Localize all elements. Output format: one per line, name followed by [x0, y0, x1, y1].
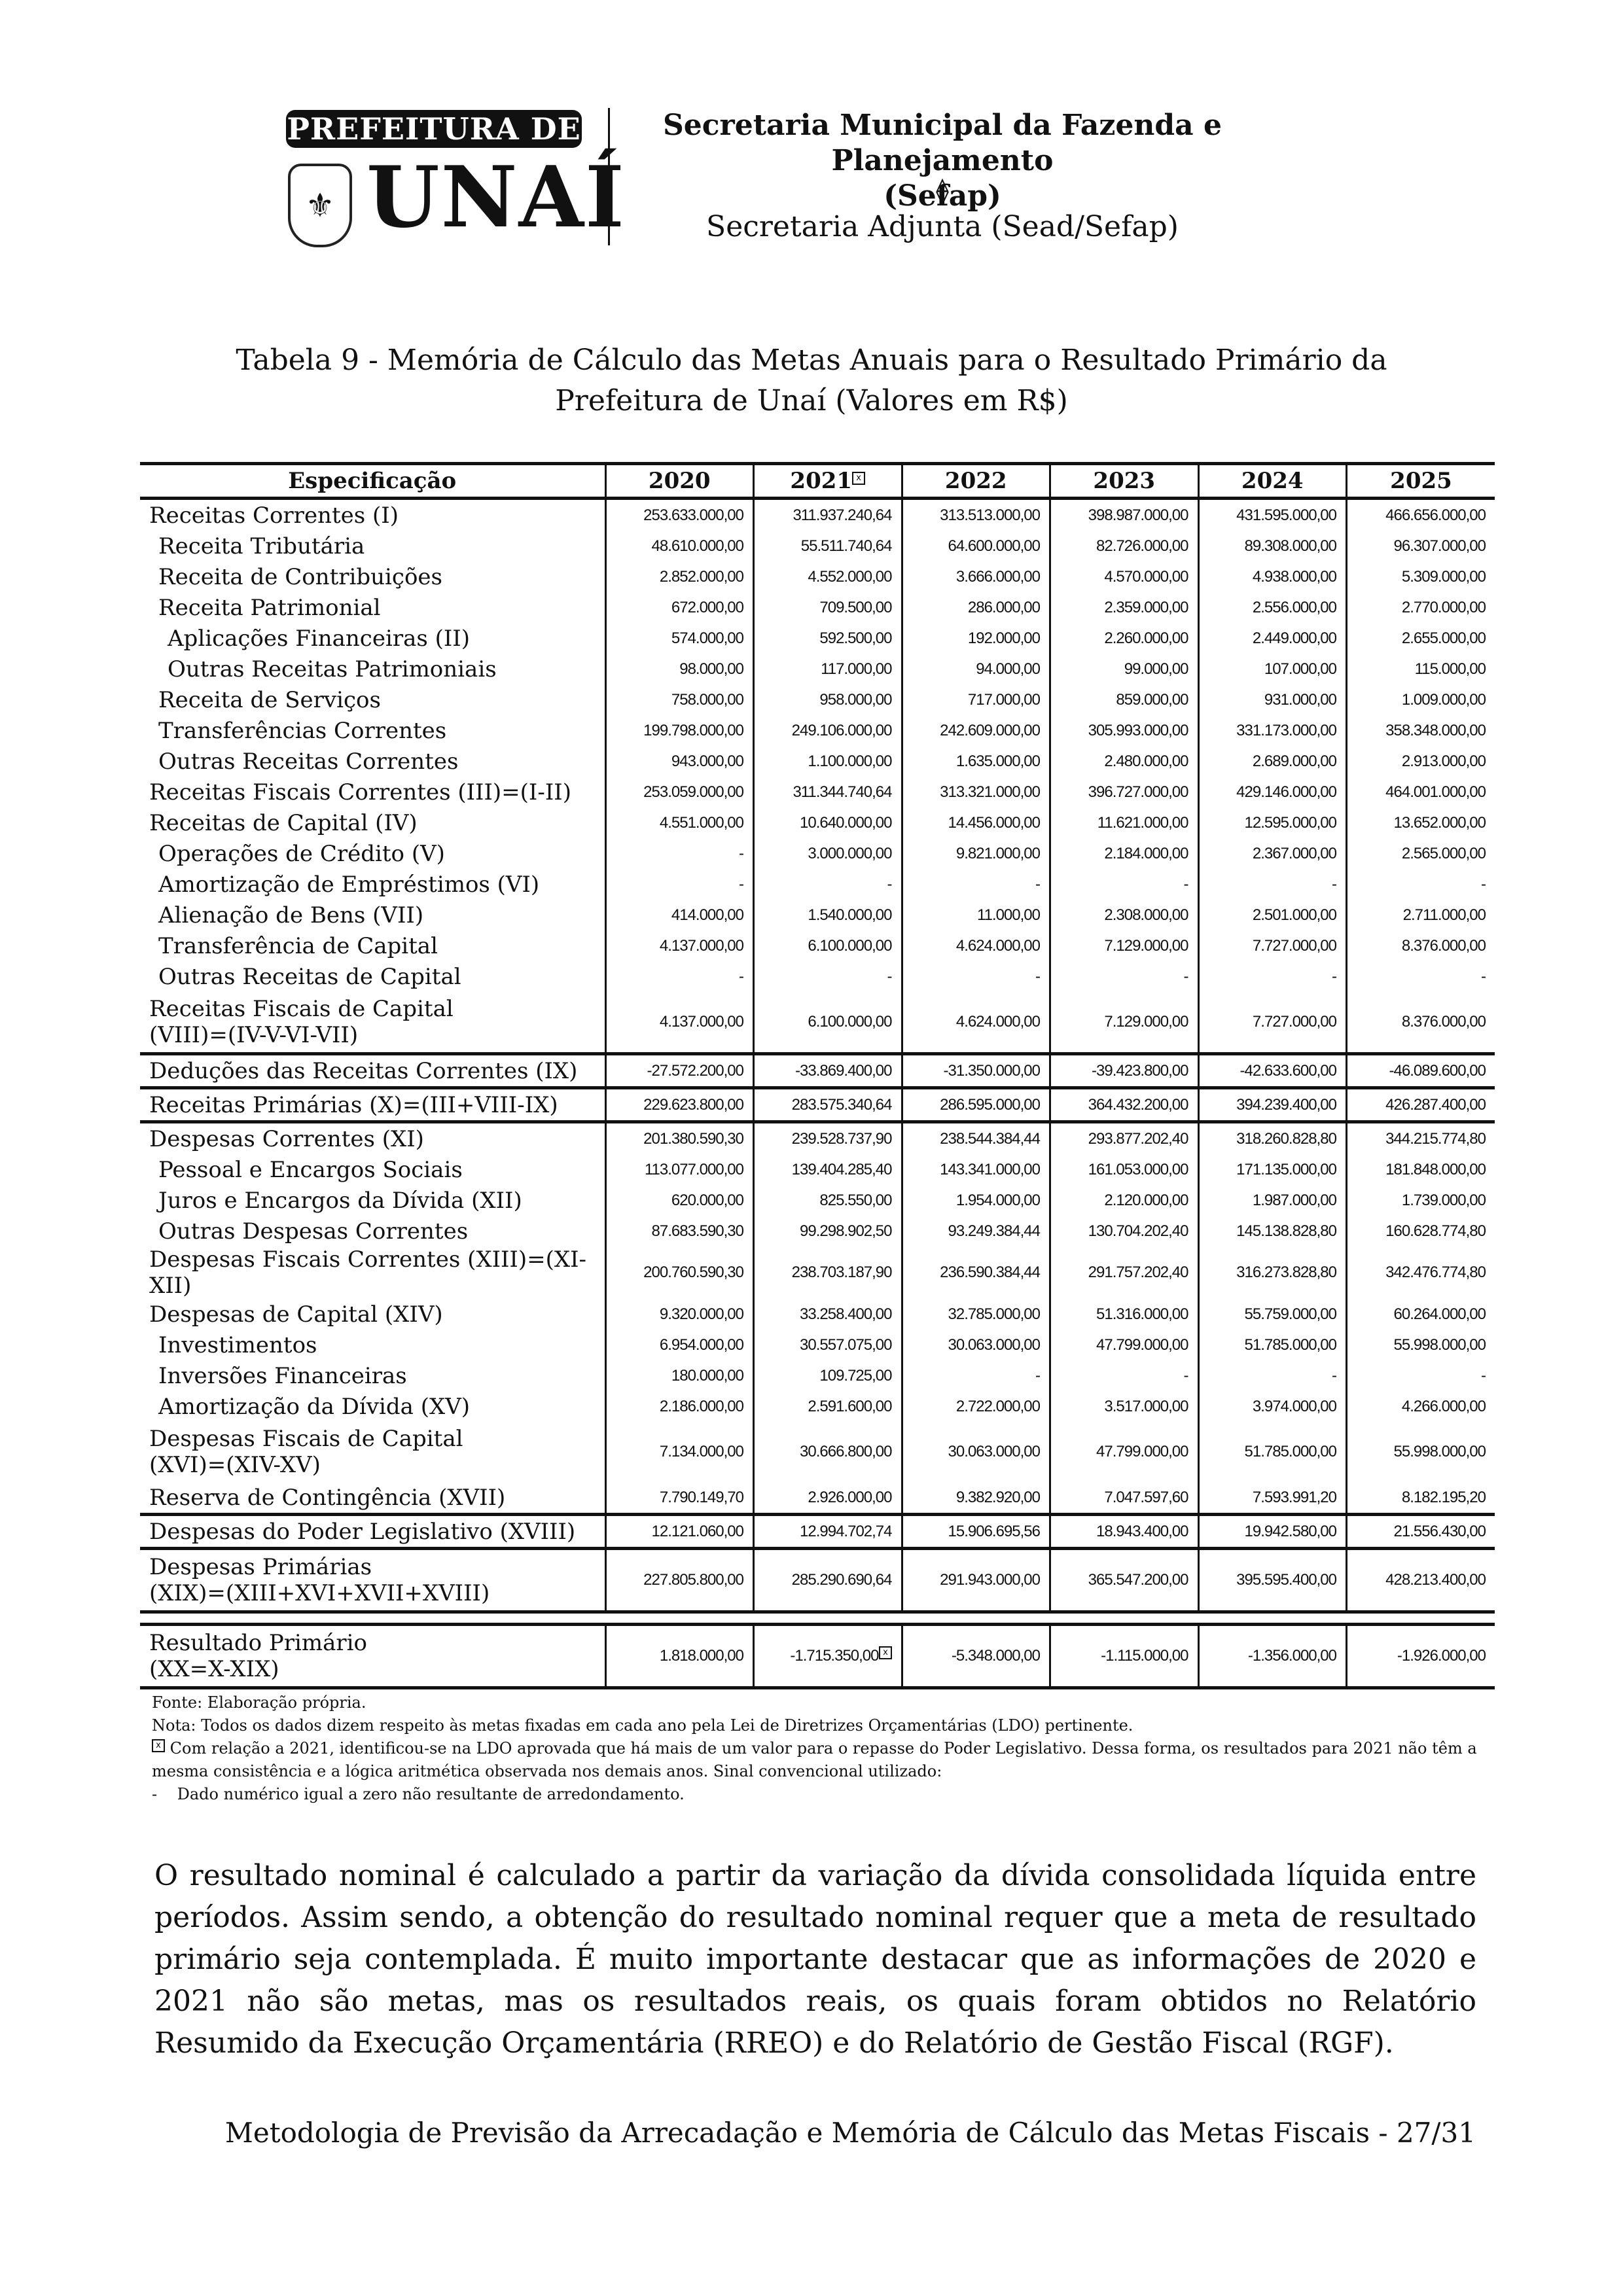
table-row: Despesas Fiscais Correntes (XIII)=(XI-XI… — [140, 1246, 1495, 1299]
row-label-text: Despesas de Capital (XIV) — [149, 1301, 443, 1328]
cell-value: 236.590.384,44 — [902, 1246, 1050, 1299]
cell-value: 4.552.000,00 — [754, 561, 902, 592]
cell-value: 160.628.774,80 — [1347, 1216, 1495, 1246]
cell-value: 6.100.000,00 — [754, 930, 902, 961]
row-label-text: Inversões Financeiras — [149, 1363, 407, 1389]
row-label: Alienação de Bens (VII) — [140, 900, 605, 930]
cell-value: 2.449.000,00 — [1198, 623, 1347, 654]
cell-value: 466.656.000,00 — [1347, 499, 1495, 531]
cell-value: 717.000,00 — [902, 684, 1050, 715]
cell-value: 55.998.000,00 — [1347, 1422, 1495, 1482]
diamond-separator-icon: ◊ — [615, 177, 1270, 205]
cell-value: - — [1198, 961, 1347, 992]
cell-value: 313.321.000,00 — [902, 777, 1050, 807]
marked-box-icon: x — [879, 1646, 892, 1659]
cell-value: 14.456.000,00 — [902, 807, 1050, 838]
table-row: Outras Receitas de Capital------ — [140, 961, 1495, 992]
cell-value: 89.308.000,00 — [1198, 531, 1347, 561]
cell-value: 2.655.000,00 — [1347, 623, 1495, 654]
cell-value: 11.621.000,00 — [1050, 807, 1199, 838]
cell-value: 55.759.000,00 — [1198, 1299, 1347, 1330]
cell-value: 1.540.000,00 — [754, 900, 902, 930]
cell-value: 9.821.000,00 — [902, 838, 1050, 869]
row-label: Outras Despesas Correntes — [140, 1216, 605, 1246]
cell-value: 1.987.000,00 — [1198, 1185, 1347, 1216]
row-label: Inversões Financeiras — [140, 1360, 605, 1391]
cell-value: 311.344.740,64 — [754, 777, 902, 807]
cell-value: 161.053.000,00 — [1050, 1154, 1199, 1185]
cell-value: - — [754, 961, 902, 992]
cell-value: 19.942.580,00 — [1198, 1515, 1347, 1549]
table-title-line1: Tabela 9 - Memória de Cálculo das Metas … — [196, 340, 1427, 381]
cell-value: - — [605, 869, 754, 900]
table-row: Alienação de Bens (VII)414.000,001.540.0… — [140, 900, 1495, 930]
cell-value: 825.550,00 — [754, 1185, 902, 1216]
row-label-text: Outras Receitas Correntes — [149, 749, 458, 775]
row-label: Despesas do Poder Legislativo (XVIII) — [140, 1515, 605, 1549]
column-header-especificacao: Especificação — [140, 464, 605, 499]
row-label: Amortização de Empréstimos (VI) — [140, 869, 605, 900]
dash-symbol: - — [152, 1785, 157, 1803]
row-label: Deduções das Receitas Correntes (IX) — [140, 1054, 605, 1088]
row-label: Despesas Primárias (XIX)=(XIII+XVI+XVII+… — [140, 1549, 605, 1612]
cell-value: 342.476.774,80 — [1347, 1246, 1495, 1299]
row-label-text: Receita de Contribuições — [149, 564, 442, 590]
logo-prefeitura-de: PREFEITURA DE — [286, 110, 582, 148]
cell-value: 8.376.000,00 — [1347, 930, 1495, 961]
cell-value: 47.799.000,00 — [1050, 1330, 1199, 1360]
row-label: Operações de Crédito (V) — [140, 838, 605, 869]
row-label-text: Receita de Serviços — [149, 687, 381, 713]
cell-value: 394.239.400,00 — [1198, 1088, 1347, 1122]
cell-value: 313.513.000,00 — [902, 499, 1050, 531]
cell-value: -31.350.000,00 — [902, 1054, 1050, 1088]
cell-value: 859.000,00 — [1050, 684, 1199, 715]
row-label-text: Pessoal e Encargos Sociais — [149, 1157, 463, 1183]
cell-value: 242.609.000,00 — [902, 715, 1050, 746]
cell-value: 238.544.384,44 — [902, 1122, 1050, 1155]
cell-value: 426.287.400,00 — [1347, 1088, 1495, 1122]
cell-value: -5.348.000,00 — [902, 1625, 1050, 1688]
row-label-text: Aplicações Financeiras (II) — [149, 626, 470, 652]
cell-value: 2.852.000,00 — [605, 561, 754, 592]
row-label: Transferências Correntes — [140, 715, 605, 746]
cell-value: 331.173.000,00 — [1198, 715, 1347, 746]
cell-value: 12.121.060,00 — [605, 1515, 754, 1549]
cell-value: 10.640.000,00 — [754, 807, 902, 838]
cell-value: 94.000,00 — [902, 654, 1050, 684]
column-header-2020: 2020 — [605, 464, 754, 499]
cell-value: 2.689.000,00 — [1198, 746, 1347, 777]
cell-value: 82.726.000,00 — [1050, 531, 1199, 561]
row-label: Receitas Fiscais Correntes (III)=(I-II) — [140, 777, 605, 807]
table-row: Juros e Encargos da Dívida (XII)620.000,… — [140, 1185, 1495, 1216]
row-label: Receitas de Capital (IV) — [140, 807, 605, 838]
cell-value: 6.954.000,00 — [605, 1330, 754, 1360]
cell-value: 2.260.000,00 — [1050, 623, 1199, 654]
cell-value: 311.937.240,64 — [754, 499, 902, 531]
cell-value: 55.998.000,00 — [1347, 1330, 1495, 1360]
table-row: Pessoal e Encargos Sociais113.077.000,00… — [140, 1154, 1495, 1185]
cell-value: 4.137.000,00 — [605, 992, 754, 1054]
cell-value: 2.565.000,00 — [1347, 838, 1495, 869]
table-row: Amortização de Empréstimos (VI)------ — [140, 869, 1495, 900]
cell-value: 931.000,00 — [1198, 684, 1347, 715]
cell-value: 6.100.000,00 — [754, 992, 902, 1054]
row-label-text: Transferências Correntes — [149, 718, 446, 744]
column-header-label: 2022 — [945, 468, 1007, 494]
row-label-text: Receitas Correntes (I) — [149, 503, 399, 529]
secretaria-name: Secretaria Municipal da Fazenda e Planej… — [615, 108, 1270, 179]
cell-value: 117.000,00 — [754, 654, 902, 684]
cell-value: 709.500,00 — [754, 592, 902, 623]
cell-value: 51.785.000,00 — [1198, 1330, 1347, 1360]
cell-value: 8.376.000,00 — [1347, 992, 1495, 1054]
cell-value: 7.727.000,00 — [1198, 992, 1347, 1054]
cell-value: 96.307.000,00 — [1347, 531, 1495, 561]
cell-value: 1.739.000,00 — [1347, 1185, 1495, 1216]
cell-value: 99.298.902,50 — [754, 1216, 902, 1246]
cell-value: 107.000,00 — [1198, 654, 1347, 684]
cell-value: 249.106.000,00 — [754, 715, 902, 746]
cell-value-text: -1.926.000,00 — [1397, 1647, 1486, 1665]
cell-value: - — [1198, 869, 1347, 900]
cell-value: - — [1347, 869, 1495, 900]
row-label-text: Juros e Encargos da Dívida (XII) — [149, 1188, 522, 1214]
row-label-text: Despesas Fiscais Correntes (XIII)=(XI-XI… — [149, 1246, 586, 1299]
row-label-text: Despesas Fiscais de Capital (XVI)=(XIV-X… — [149, 1426, 463, 1478]
cell-value: 99.000,00 — [1050, 654, 1199, 684]
cell-value: -39.423.800,00 — [1050, 1054, 1199, 1088]
cell-value: 758.000,00 — [605, 684, 754, 715]
cell-value: 358.348.000,00 — [1347, 715, 1495, 746]
row-label-text: Outras Receitas de Capital — [149, 964, 461, 990]
cell-value: 318.260.828,80 — [1198, 1122, 1347, 1155]
table-row: Deduções das Receitas Correntes (IX)-27.… — [140, 1054, 1495, 1088]
row-label-text: Investimentos — [149, 1332, 317, 1358]
cell-value: 396.727.000,00 — [1050, 777, 1199, 807]
cell-value: - — [1050, 869, 1199, 900]
cell-value: 200.760.590,30 — [605, 1246, 754, 1299]
cell-value: 47.799.000,00 — [1050, 1422, 1199, 1482]
row-label-text: Receitas Fiscais Correntes (III)=(I-II) — [149, 779, 571, 805]
row-label: Outras Receitas de Capital — [140, 961, 605, 992]
cell-value: 18.943.400,00 — [1050, 1515, 1199, 1549]
cell-value-text: -1.356.000,00 — [1248, 1647, 1336, 1665]
cell-value: 4.266.000,00 — [1347, 1391, 1495, 1422]
cell-value: 1.954.000,00 — [902, 1185, 1050, 1216]
cell-value: 8.182.195,20 — [1347, 1482, 1495, 1515]
cell-value: 181.848.000,00 — [1347, 1154, 1495, 1185]
cell-value: - — [605, 961, 754, 992]
cell-value: 291.943.000,00 — [902, 1549, 1050, 1612]
cell-value: 672.000,00 — [605, 592, 754, 623]
cell-value: 199.798.000,00 — [605, 715, 754, 746]
table-row: Despesas de Capital (XIV)9.320.000,0033.… — [140, 1299, 1495, 1330]
cell-value: 283.575.340,64 — [754, 1088, 902, 1122]
cell-value: 30.666.800,00 — [754, 1422, 902, 1482]
table-notes: Fonte: Elaboração própria. Nota: Todos o… — [152, 1691, 1487, 1806]
cell-value: 98.000,00 — [605, 654, 754, 684]
cell-value: 7.727.000,00 — [1198, 930, 1347, 961]
cell-value: 3.974.000,00 — [1198, 1391, 1347, 1422]
cell-value: 32.785.000,00 — [902, 1299, 1050, 1330]
cell-value: 285.290.690,64 — [754, 1549, 902, 1612]
metas-table: Especificação20202021x2022202320242025 R… — [140, 462, 1495, 1614]
cell-value: - — [1347, 1360, 1495, 1391]
cell-value: 13.652.000,00 — [1347, 807, 1495, 838]
row-label-text: Receita Tributária — [149, 533, 365, 559]
cell-value: 51.785.000,00 — [1198, 1422, 1347, 1482]
cell-value: 4.938.000,00 — [1198, 561, 1347, 592]
cell-value: 7.134.000,00 — [605, 1422, 754, 1482]
mark-note: x Com relação a 2021, identificou-se na … — [152, 1737, 1487, 1783]
row-label-text: Amortização da Dívida (XV) — [149, 1394, 470, 1420]
table-row: Inversões Financeiras180.000,00109.725,0… — [140, 1360, 1495, 1391]
cell-value: 2.711.000,00 — [1347, 900, 1495, 930]
resultado-primario-table: Resultado Primário (XX=X-XIX)1.818.000,0… — [140, 1623, 1495, 1689]
cell-value: 7.593.991,20 — [1198, 1482, 1347, 1515]
cell-value: - — [1198, 1360, 1347, 1391]
cell-value: 2.556.000,00 — [1198, 592, 1347, 623]
row-label-text: Receita Patrimonial — [149, 595, 381, 621]
cell-value-text: -5.348.000,00 — [952, 1647, 1040, 1665]
cell-value: 7.129.000,00 — [1050, 930, 1199, 961]
header-adjunta: Secretaria Adjunta (Sead/Sefap) — [615, 209, 1270, 245]
cell-value: 943.000,00 — [605, 746, 754, 777]
cell-value: 2.480.000,00 — [1050, 746, 1199, 777]
cell-value: 398.987.000,00 — [1050, 499, 1199, 531]
row-label: Receitas Correntes (I) — [140, 499, 605, 531]
cell-value: 64.600.000,00 — [902, 531, 1050, 561]
cell-value: 316.273.828,80 — [1198, 1246, 1347, 1299]
table-row: Receitas Primárias (X)=(III+VIII-IX)229.… — [140, 1088, 1495, 1122]
cell-value: -33.869.400,00 — [754, 1054, 902, 1088]
cell-value: 1.818.000,00 — [605, 1625, 754, 1688]
row-label-text: Despesas Correntes (XI) — [149, 1126, 424, 1152]
marked-box-icon: x — [152, 1739, 165, 1752]
logo-unai: UNAÍ — [366, 152, 626, 243]
cell-value: 5.309.000,00 — [1347, 561, 1495, 592]
table-row: Receitas Correntes (I)253.633.000,00311.… — [140, 499, 1495, 531]
table-row: Transferências Correntes199.798.000,0024… — [140, 715, 1495, 746]
table-body: Receitas Correntes (I)253.633.000,00311.… — [140, 499, 1495, 1612]
row-label: Reserva de Contingência (XVII) — [140, 1482, 605, 1515]
column-header-2021: 2021x — [754, 464, 902, 499]
cell-value: 55.511.740,64 — [754, 531, 902, 561]
table-row: Receita de Contribuições2.852.000,004.55… — [140, 561, 1495, 592]
cell-value: 291.757.202,40 — [1050, 1246, 1199, 1299]
cell-value: 238.703.187,90 — [754, 1246, 902, 1299]
coat-of-arms-icon: ⚜ — [288, 164, 352, 247]
cell-value: - — [754, 869, 902, 900]
table-row: Receita Tributária48.610.000,0055.511.74… — [140, 531, 1495, 561]
cell-value: 428.213.400,00 — [1347, 1549, 1495, 1612]
table-row: Reserva de Contingência (XVII)7.790.149,… — [140, 1482, 1495, 1515]
row-label: Despesas Correntes (XI) — [140, 1122, 605, 1155]
row-label-text: Reserva de Contingência (XVII) — [149, 1485, 505, 1511]
table-row: Investimentos6.954.000,0030.557.075,0030… — [140, 1330, 1495, 1360]
row-label: Outras Receitas Patrimoniais — [140, 654, 605, 684]
table-row: Receita Patrimonial672.000,00709.500,002… — [140, 592, 1495, 623]
row-label: Despesas Fiscais de Capital (XVI)=(XIV-X… — [140, 1422, 605, 1482]
cell-value: 395.595.400,00 — [1198, 1549, 1347, 1612]
cell-value: 429.146.000,00 — [1198, 777, 1347, 807]
cell-value: -42.633.600,00 — [1198, 1054, 1347, 1088]
table-row: Despesas Fiscais de Capital (XVI)=(XIV-X… — [140, 1422, 1495, 1482]
table-row: Amortização da Dívida (XV)2.186.000,002.… — [140, 1391, 1495, 1422]
cell-value: 286.595.000,00 — [902, 1088, 1050, 1122]
row-label: Pessoal e Encargos Sociais — [140, 1154, 605, 1185]
cell-value: -27.572.200,00 — [605, 1054, 754, 1088]
row-label: Receita de Serviços — [140, 684, 605, 715]
cell-value: - — [902, 869, 1050, 900]
cell-value: 253.059.000,00 — [605, 777, 754, 807]
resultado-primario-row: Resultado Primário (XX=X-XIX)1.818.000,0… — [140, 1625, 1495, 1688]
dash-note: - Dado numérico igual a zero não resulta… — [152, 1783, 1487, 1806]
cell-value: 1.635.000,00 — [902, 746, 1050, 777]
cell-value: 113.077.000,00 — [605, 1154, 754, 1185]
cell-value: 60.264.000,00 — [1347, 1299, 1495, 1330]
row-label: Despesas Fiscais Correntes (XIII)=(XI-XI… — [140, 1246, 605, 1299]
cell-value: 574.000,00 — [605, 623, 754, 654]
table-row: Receita de Serviços758.000,00958.000,007… — [140, 684, 1495, 715]
cell-value: 1.009.000,00 — [1347, 684, 1495, 715]
cell-value: 145.138.828,80 — [1198, 1216, 1347, 1246]
cell-value: 2.770.000,00 — [1347, 592, 1495, 623]
table-row: Receitas Fiscais Correntes (III)=(I-II)2… — [140, 777, 1495, 807]
cell-value: 139.404.285,40 — [754, 1154, 902, 1185]
cell-value: 4.624.000,00 — [902, 930, 1050, 961]
row-label: Despesas de Capital (XIV) — [140, 1299, 605, 1330]
row-label: Aplicações Financeiras (II) — [140, 623, 605, 654]
cell-value: 7.047.597,60 — [1050, 1482, 1199, 1515]
row-label: Receita de Contribuições — [140, 561, 605, 592]
table-row: Despesas Correntes (XI)201.380.590,30239… — [140, 1122, 1495, 1155]
header-divider — [608, 108, 610, 245]
row-label-text: Receitas Primárias (X)=(III+VIII-IX) — [149, 1092, 558, 1118]
column-header-label: Especificação — [288, 468, 456, 494]
cell-value: 253.633.000,00 — [605, 499, 754, 531]
cell-value: -1.115.000,00 — [1050, 1625, 1199, 1688]
cell-value: 2.120.000,00 — [1050, 1185, 1199, 1216]
cell-value: 2.913.000,00 — [1347, 746, 1495, 777]
cell-value: 2.722.000,00 — [902, 1391, 1050, 1422]
cell-value: - — [605, 838, 754, 869]
row-label-text: Outras Despesas Correntes — [149, 1218, 468, 1245]
cell-value: 464.001.000,00 — [1347, 777, 1495, 807]
cell-value: 2.367.000,00 — [1198, 838, 1347, 869]
column-header-label: 2025 — [1390, 468, 1452, 494]
row-label: Transferência de Capital — [140, 930, 605, 961]
cell-value: 4.624.000,00 — [902, 992, 1050, 1054]
cell-value: 2.926.000,00 — [754, 1482, 902, 1515]
cell-value: 4.137.000,00 — [605, 930, 754, 961]
cell-value: 620.000,00 — [605, 1185, 754, 1216]
body-paragraph: O resultado nominal é calculado a partir… — [154, 1855, 1476, 2064]
cell-value: - — [1050, 961, 1199, 992]
cell-value: 15.906.695,56 — [902, 1515, 1050, 1549]
row-label-text: Receitas de Capital (IV) — [149, 810, 418, 836]
cell-value: 171.135.000,00 — [1198, 1154, 1347, 1185]
table-row: Despesas Primárias (XIX)=(XIII+XVI+XVII+… — [140, 1549, 1495, 1612]
row-label-text: Operações de Crédito (V) — [149, 841, 445, 867]
row-label-text: Alienação de Bens (VII) — [149, 902, 423, 928]
cell-value: 305.993.000,00 — [1050, 715, 1199, 746]
cell-value: 30.063.000,00 — [902, 1330, 1050, 1360]
cell-value: 293.877.202,40 — [1050, 1122, 1199, 1155]
cell-value: - — [1347, 961, 1495, 992]
cell-value: 1.100.000,00 — [754, 746, 902, 777]
cell-value-text: 1.818.000,00 — [660, 1647, 743, 1665]
row-label-text: Transferência de Capital — [149, 933, 438, 959]
cell-value: -1.356.000,00 — [1198, 1625, 1347, 1688]
cell-value: 286.000,00 — [902, 592, 1050, 623]
cell-value: 30.557.075,00 — [754, 1330, 902, 1360]
cell-value: 2.501.000,00 — [1198, 900, 1347, 930]
cell-value: 4.570.000,00 — [1050, 561, 1199, 592]
row-label-text: Despesas Primárias (XIX)=(XIII+XVI+XVII+… — [149, 1554, 490, 1606]
cell-value: 364.432.200,00 — [1050, 1088, 1199, 1122]
cell-value: 9.382.920,00 — [902, 1482, 1050, 1515]
cell-value: 30.063.000,00 — [902, 1422, 1050, 1482]
cell-value: 592.500,00 — [754, 623, 902, 654]
cell-value: 51.316.000,00 — [1050, 1299, 1199, 1330]
cell-value: 365.547.200,00 — [1050, 1549, 1199, 1612]
cell-value: 115.000,00 — [1347, 654, 1495, 684]
table-row: Outras Receitas Patrimoniais98.000,00117… — [140, 654, 1495, 684]
row-label: Resultado Primário (XX=X-XIX) — [140, 1625, 605, 1688]
table-header-row: Especificação20202021x2022202320242025 — [140, 464, 1495, 499]
table-row: Receitas Fiscais de Capital (VIII)=(IV-V… — [140, 992, 1495, 1054]
cell-value: 4.551.000,00 — [605, 807, 754, 838]
cell-value: - — [1050, 1360, 1199, 1391]
cell-value: 229.623.800,00 — [605, 1088, 754, 1122]
cell-value-text: -1.115.000,00 — [1101, 1647, 1188, 1665]
source-note: Fonte: Elaboração própria. — [152, 1691, 1487, 1714]
cell-value: 180.000,00 — [605, 1360, 754, 1391]
cell-value: 93.249.384,44 — [902, 1216, 1050, 1246]
column-header-2025: 2025 — [1347, 464, 1495, 499]
table-title: Tabela 9 - Memória de Cálculo das Metas … — [196, 340, 1427, 421]
row-label-text: Despesas do Poder Legislativo (XVIII) — [149, 1519, 575, 1545]
row-label-text: Deduções das Receitas Correntes (IX) — [149, 1058, 577, 1084]
table-row: Outras Despesas Correntes87.683.590,3099… — [140, 1216, 1495, 1246]
row-label: Investimentos — [140, 1330, 605, 1360]
column-header-label: 2020 — [649, 468, 711, 494]
marked-box-icon: x — [852, 472, 865, 485]
row-label: Receita Patrimonial — [140, 592, 605, 623]
cell-value-text: -1.715.350,00 — [790, 1647, 878, 1665]
cell-value: 12.994.702,74 — [754, 1515, 902, 1549]
cell-value: - — [902, 961, 1050, 992]
cell-value: 9.320.000,00 — [605, 1299, 754, 1330]
cell-value: 2.186.000,00 — [605, 1391, 754, 1422]
table-row: Despesas do Poder Legislativo (XVIII)12.… — [140, 1515, 1495, 1549]
cell-value: 2.359.000,00 — [1050, 592, 1199, 623]
cell-value: 33.258.400,00 — [754, 1299, 902, 1330]
row-label-text: Receitas Fiscais de Capital (VIII)=(IV-V… — [149, 996, 454, 1048]
cell-value: 192.000,00 — [902, 623, 1050, 654]
column-header-2024: 2024 — [1198, 464, 1347, 499]
page-footer: Metodologia de Previsão da Arrecadação e… — [225, 2117, 1476, 2149]
cell-value: 2.591.600,00 — [754, 1391, 902, 1422]
dash-note-text: Dado numérico igual a zero não resultant… — [177, 1785, 685, 1803]
table-row: Transferência de Capital4.137.000,006.10… — [140, 930, 1495, 961]
cell-value: 87.683.590,30 — [605, 1216, 754, 1246]
row-label: Outras Receitas Correntes — [140, 746, 605, 777]
cell-value: 2.184.000,00 — [1050, 838, 1199, 869]
